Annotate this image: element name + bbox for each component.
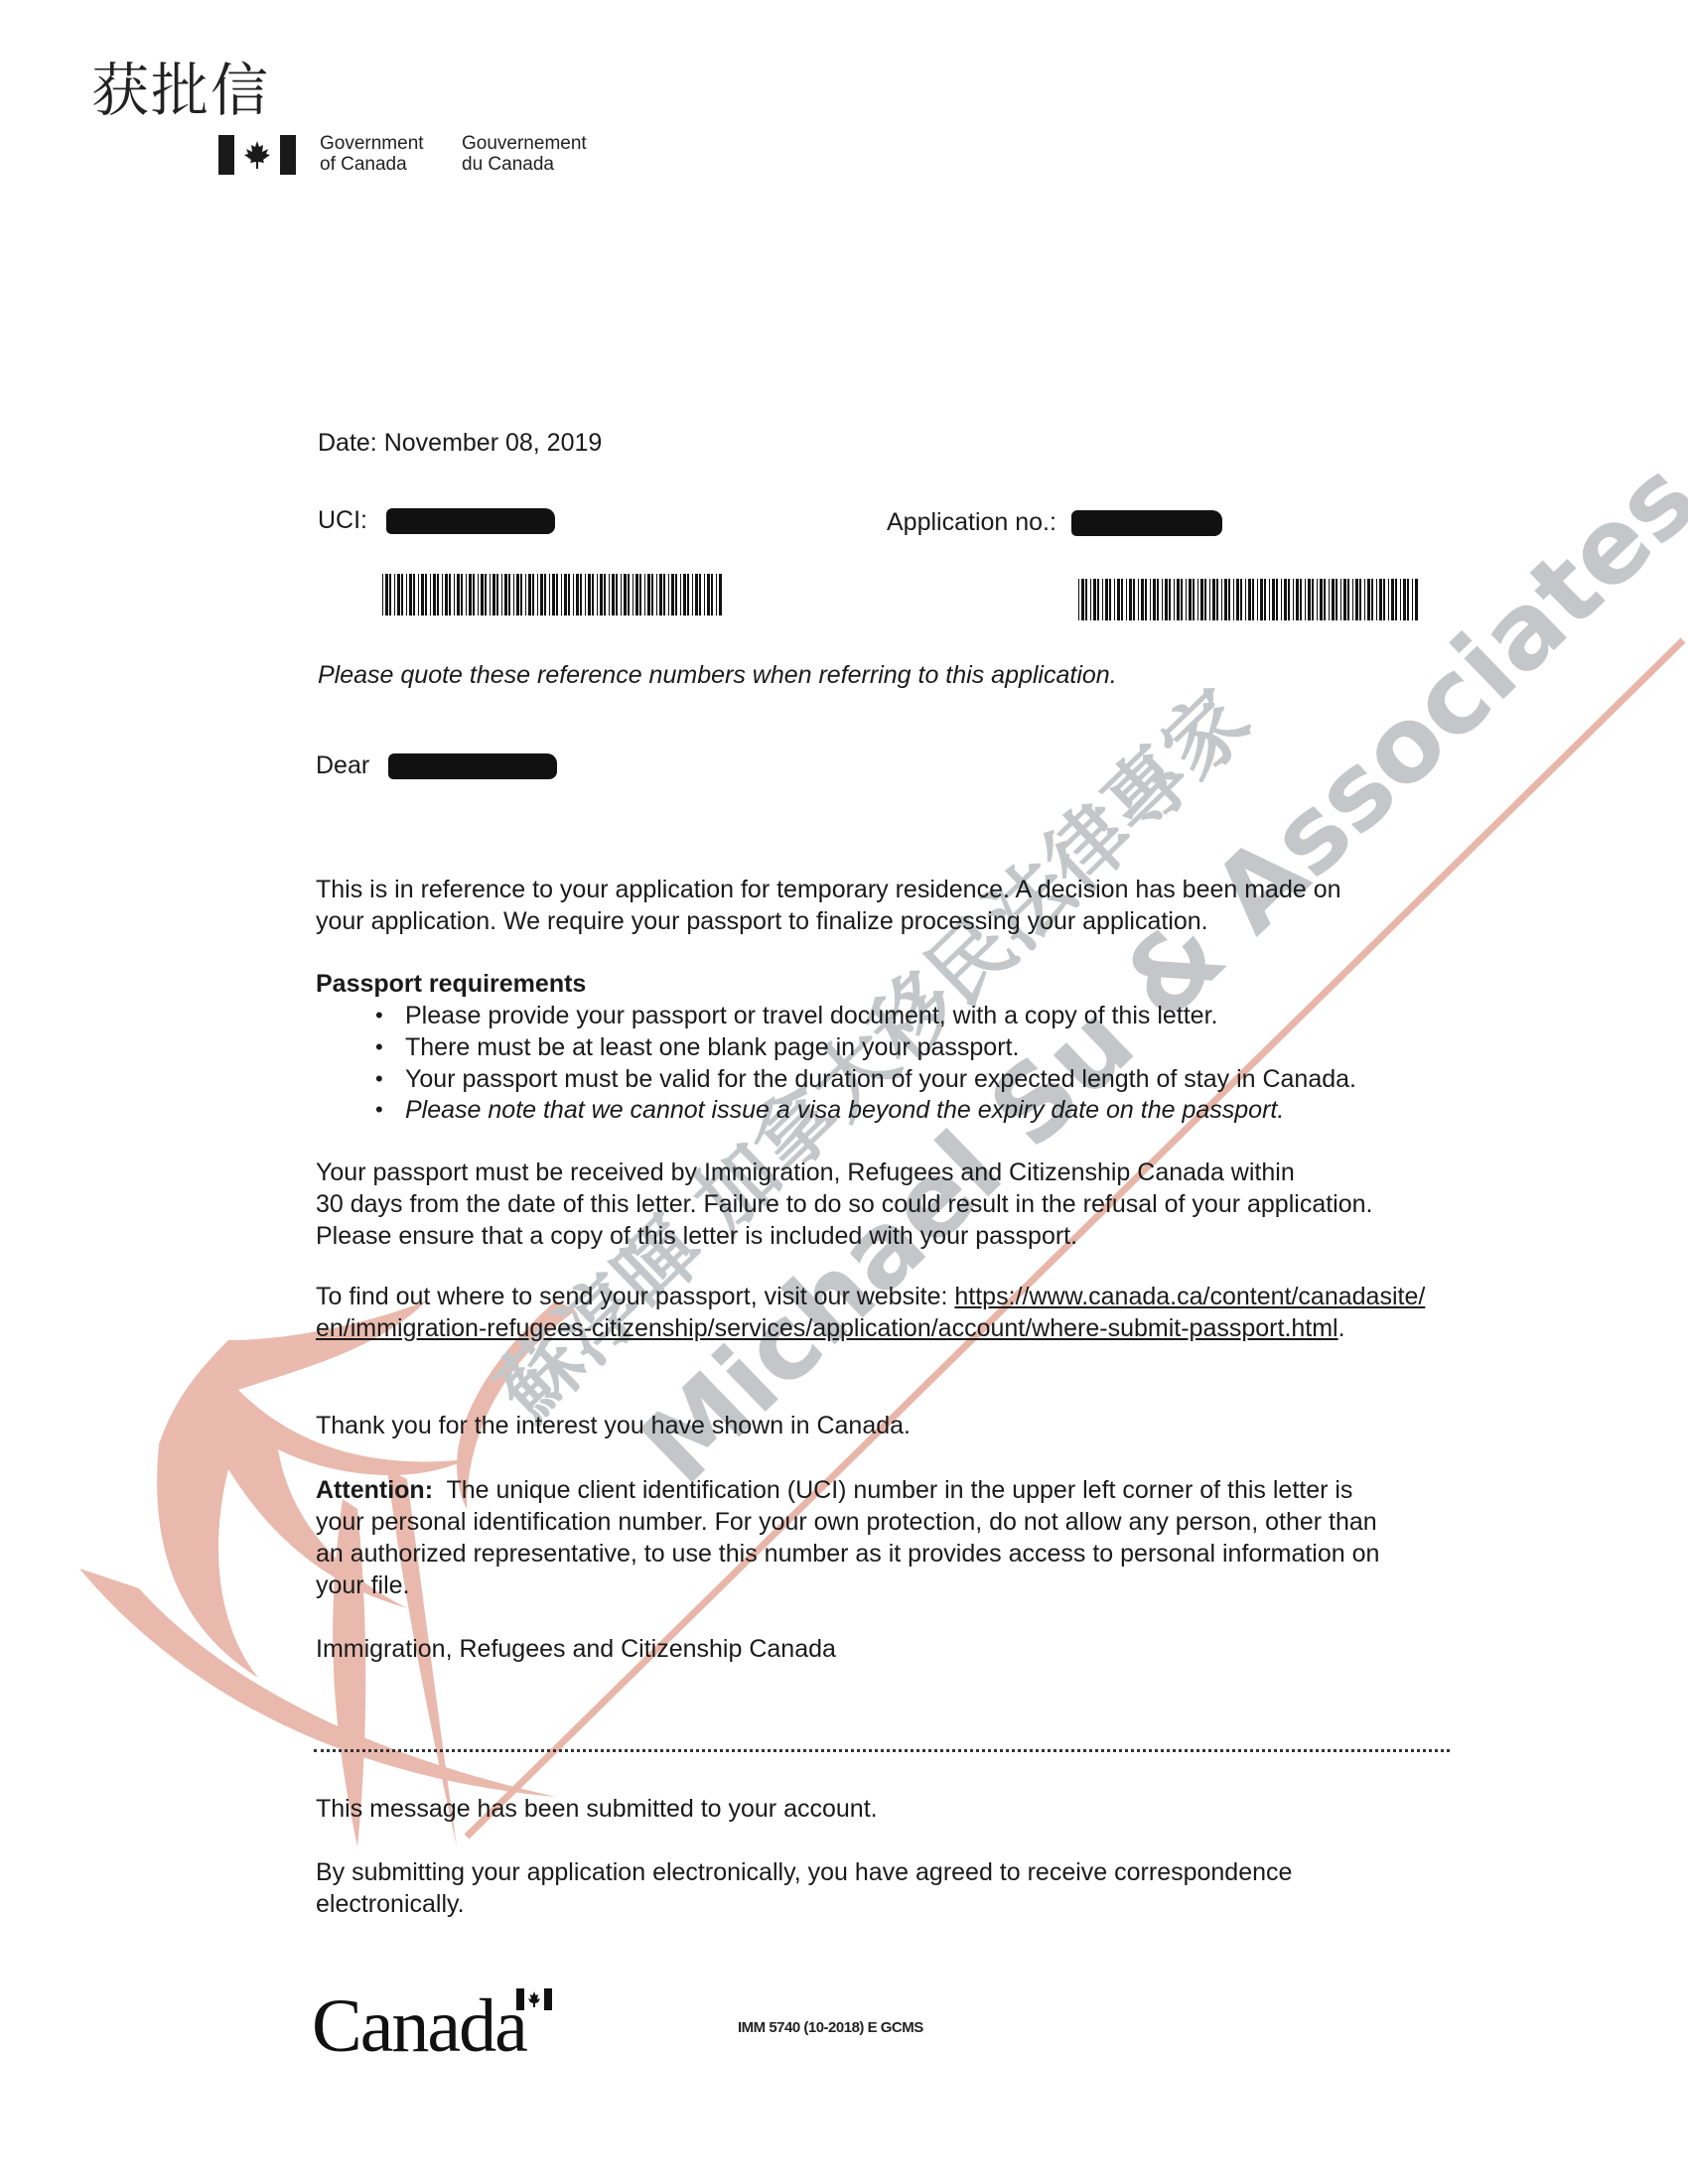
salutation-label: Dear	[316, 751, 369, 779]
attention-line: The unique client identification (UCI) n…	[446, 1476, 1352, 1504]
gov-en-line1: Government	[320, 133, 424, 154]
deadline-line: Please ensure that a copy of this letter…	[316, 1220, 1372, 1252]
date-value: November 08, 2019	[384, 429, 603, 457]
requirement-item: •Your passport must be valid for the dur…	[405, 1063, 1356, 1095]
page-title: 获批信	[91, 44, 270, 127]
electronic-line: By submitting your application electroni…	[316, 1856, 1292, 1888]
canada-flag-icon	[218, 135, 296, 175]
attention-line: your file.	[316, 1570, 1379, 1601]
date-line: Date: November 08, 2019	[318, 427, 602, 459]
requirement-item: •There must be at least one blank page i…	[405, 1031, 1019, 1063]
requirements-heading: Passport requirements	[316, 968, 586, 1000]
website-link[interactable]: https://www.canada.ca/content/canadasite…	[954, 1283, 1425, 1310]
electronic-line: electronically.	[316, 1888, 1292, 1920]
gov-en-line2: of Canada	[320, 154, 424, 175]
website-link-continued[interactable]: en/immigration-refugees-citizenship/serv…	[316, 1314, 1338, 1342]
attention-line: an authorized representative, to use thi…	[316, 1538, 1379, 1570]
dotted-divider	[314, 1749, 1450, 1752]
recipient-redaction	[388, 753, 557, 779]
signature: Immigration, Refugees and Citizenship Ca…	[316, 1633, 836, 1665]
intro-line: This is in reference to your application…	[316, 874, 1341, 905]
website-prefix: To find out where to send your passport,…	[316, 1283, 954, 1310]
deadline-line: Your passport must be received by Immigr…	[316, 1157, 1372, 1188]
salutation: Dear	[316, 750, 557, 781]
submitted-note: This message has been submitted to your …	[316, 1793, 878, 1825]
application-redaction	[1071, 510, 1222, 536]
form-code: IMM 5740 (10-2018) E GCMS	[738, 2019, 923, 2036]
deadline-line: 30 days from the date of this letter. Fa…	[316, 1188, 1372, 1220]
thanks-line: Thank you for the interest you have show…	[316, 1410, 911, 1441]
attention-label: Attention:	[316, 1476, 433, 1504]
application-label: Application no.:	[887, 508, 1056, 536]
intro-paragraph: This is in reference to your application…	[316, 874, 1341, 937]
letter-page: 获批信 Government of Canada Gouvernement du…	[0, 0, 1688, 2184]
website-suffix: .	[1338, 1314, 1345, 1342]
website-paragraph: To find out where to send your passport,…	[316, 1281, 1425, 1344]
uci-barcode	[382, 574, 725, 615]
canada-wordmark: Canada	[312, 1983, 526, 2070]
requirement-item: •Please note that we cannot issue a visa…	[405, 1094, 1284, 1126]
attention-line: your personal identification number. For…	[316, 1506, 1379, 1538]
uci-label: UCI:	[318, 506, 367, 534]
application-barcode	[1078, 579, 1421, 620]
gov-signature-en: Government of Canada	[320, 133, 424, 175]
intro-line: your application. We require your passpo…	[316, 905, 1341, 937]
date-label: Date:	[318, 429, 377, 457]
application-line: Application no.:	[887, 506, 1222, 538]
uci-line: UCI:	[318, 504, 555, 536]
attention-paragraph: Attention: The unique client identificat…	[316, 1474, 1379, 1601]
requirement-item: •Please provide your passport or travel …	[405, 1000, 1217, 1031]
uci-redaction	[386, 508, 555, 534]
gov-fr-line1: Gouvernement	[462, 133, 587, 154]
wordmark-flag-icon	[516, 1988, 552, 2010]
reference-note: Please quote these reference numbers whe…	[318, 659, 1117, 691]
electronic-note: By submitting your application electroni…	[316, 1856, 1292, 1920]
deadline-paragraph: Your passport must be received by Immigr…	[316, 1157, 1372, 1252]
gov-signature-fr: Gouvernement du Canada	[462, 133, 587, 175]
gov-fr-line2: du Canada	[462, 154, 587, 175]
